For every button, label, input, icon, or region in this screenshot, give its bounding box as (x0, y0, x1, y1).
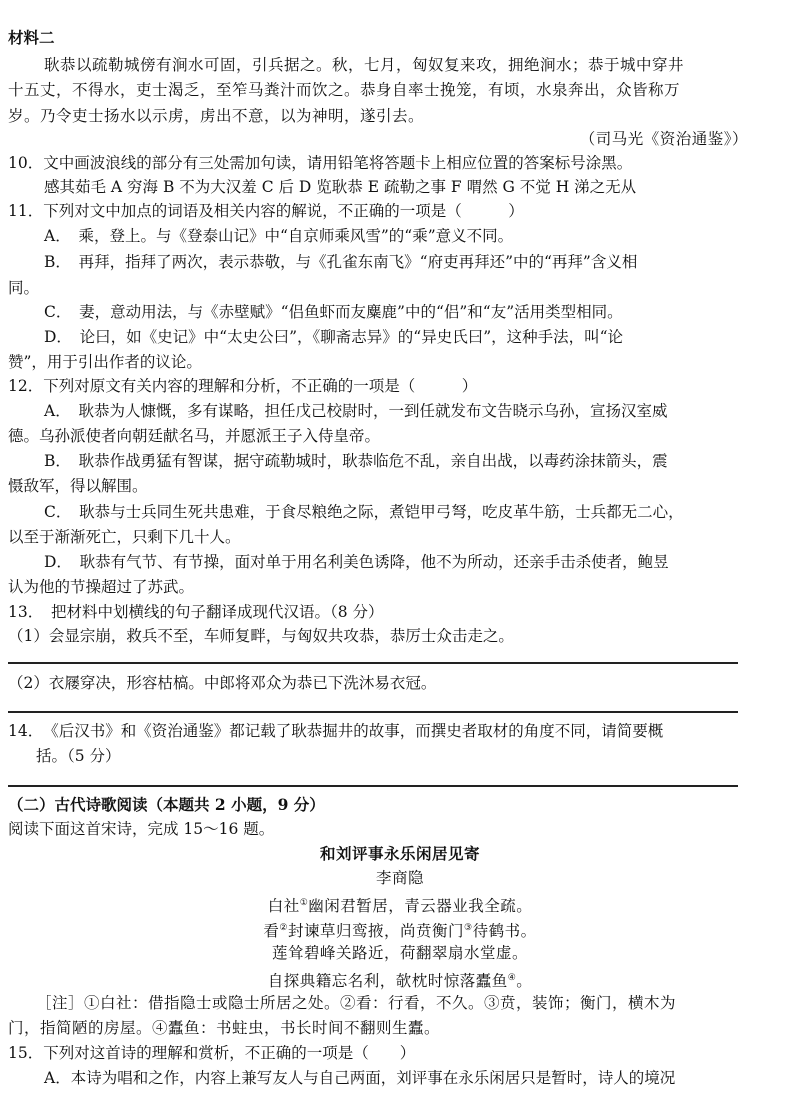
footnote-ref-2: ② (279, 923, 288, 933)
answer-line-1[interactable] (8, 662, 738, 664)
q13-sentence-1: （1）会显宗崩，救兵不至，车师复畔，与匈奴共攻恭，恭厉士众击走之。 (8, 626, 514, 646)
material2-line-2: 十五丈，不得水，吏士渴乏，至笮马粪汁而饮之。恭身自率士挽笼，有顷，水泉奔出，众皆… (8, 80, 680, 100)
q13-sentence-2: （2）衣屦穿决，形容枯槁。中郎将邓众为恭已下洗沐易衣冠。 (8, 673, 436, 693)
q14-stem: 14． 《后汉书》和《资治通鉴》都记载了耿恭掘井的故事，而撰史者取材的角度不同，… (8, 721, 663, 741)
q11-option-a: A． 乘，登上。与《登泰山记》中“自京师乘风雪”的“乘”意义不同。 (44, 226, 513, 246)
q15-stem: 15．下列对这首诗的理解和赏析，不正确的一项是（ ） (8, 1043, 415, 1063)
q11-option-b-cont: 同。 (8, 278, 39, 298)
section2-intro: 阅读下面这首宋诗，完成 15～16 题。 (8, 819, 274, 839)
q12-option-d-cont: 认为他的节操超过了苏武。 (8, 577, 194, 597)
poem-notes-cont: 门，指简陋的房屋。④蠹鱼：书蛀虫，书长时间不翻则生蠹。 (8, 1018, 440, 1038)
q12-option-c-cont: 以至于渐渐死亡，只剩下几十人。 (8, 527, 241, 547)
poem-author: 李商隐 (0, 868, 800, 888)
section2-heading: （二）古代诗歌阅读（本题共 2 小题，9 分） (8, 795, 325, 815)
footnote-ref-3: ③ (464, 923, 473, 933)
footnote-ref-4: ④ (508, 973, 517, 983)
q12-option-c: C． 耿恭与士兵同生死共患难，于食尽粮绝之际，煮铠甲弓弩，吃皮革牛筋，士兵都无二… (44, 502, 684, 522)
poem-notes: ［注］①白社：借指隐士或隐士所居之处。②看：行看，不久。③贲，装饰；衡门，横木为 (36, 993, 676, 1013)
q11-option-d: D． 论曰，如《史记》中“太史公曰”，《聊斋志异》的“异史氏曰”，这种手法，叫“… (44, 327, 623, 347)
q12-option-d: D． 耿恭有气节、有节操，面对单于用名利美色诱降，他不为所动，还亲手击杀使者，鲍… (44, 552, 669, 572)
q12-option-a: A． 耿恭为人慷慨，多有谋略，担任戊己校尉时，一到任就发布文告晓示乌孙，宣扬汉室… (44, 401, 667, 421)
material2-source: （司马光《资治通鉴》） (580, 129, 748, 149)
poem-line-1: 白社①幽闲君暂居，青云器业我全疏。 (0, 893, 800, 916)
q15-option-a: A．本诗为唱和之作，内容上兼写友人与自己两面，刘评事在永乐闲居只是暂时，诗人的境… (44, 1068, 675, 1088)
q12-stem: 12．下列对原文有关内容的理解和分析，不正确的一项是（ ） (8, 376, 477, 396)
q12-option-a-cont: 德。乌孙派使者向朝廷献名马，并愿派王子入侍皇帝。 (8, 426, 380, 446)
material2-heading: 材料二 (8, 28, 55, 48)
material2-line-1: 耿恭以疏勒城傍有涧水可固，引兵据之。秋，七月，匈奴复来攻，拥绝涧水；恭于城中穿井 (44, 55, 684, 75)
q11-option-d-cont: 赞”，用于引出作者的议论。 (8, 352, 202, 372)
answer-line-3[interactable] (8, 785, 738, 787)
material2-line-3: 岁。乃令吏士扬水以示虏，虏出不意，以为神明，遂引去。 (8, 106, 424, 126)
q14-stem-cont: 括。（5 分） (36, 746, 121, 766)
poem-line-4: 自探典籍忘名利，欹枕时惊落蠹鱼④。 (0, 968, 800, 991)
q12-option-b-cont: 慑敌军，得以解围。 (8, 476, 148, 496)
q10-stem: 10．文中画波浪线的部分有三处需加句读，请用铅笔将答题卡上相应位置的答案标号涂黑… (8, 153, 632, 173)
q11-option-c: C． 妻，意动用法，与《赤壁赋》“侣鱼虾而友麋鹿”中的“侣”和“友”活用类型相同… (44, 302, 623, 322)
answer-line-2[interactable] (8, 711, 738, 713)
q11-option-b: B． 再拜，指拜了两次，表示恭敬，与《孔雀东南飞》“府吏再拜还”中的“再拜”含义… (44, 252, 637, 272)
q12-option-b: B． 耿恭作战勇猛有智谋，据守疏勒城时，耿恭临危不乱，亲自出战，以毒药涂抹箭头，… (44, 451, 668, 471)
poem-line-2: 看②封谏草归鸾掖，尚贲衡门③待鹤书。 (0, 918, 800, 941)
poem-title: 和刘评事永乐闲居见寄 (0, 844, 800, 864)
q13-stem: 13． 把材料中划横线的句子翻译成现代汉语。（8 分） (8, 602, 384, 622)
q11-stem: 11．下列对文中加点的词语及相关内容的解说，不正确的一项是（ ） (8, 201, 524, 221)
poem-line-3: 莲耸碧峰关路近，荷翻翠扇水堂虚。 (0, 943, 800, 963)
q10-punctuation-line: 感其茹毛 A 穷海 B 不为大汉羞 C 后 D 览耿恭 E 疏勒之事 F 喟然 … (44, 177, 636, 197)
footnote-ref-1: ① (300, 898, 309, 908)
